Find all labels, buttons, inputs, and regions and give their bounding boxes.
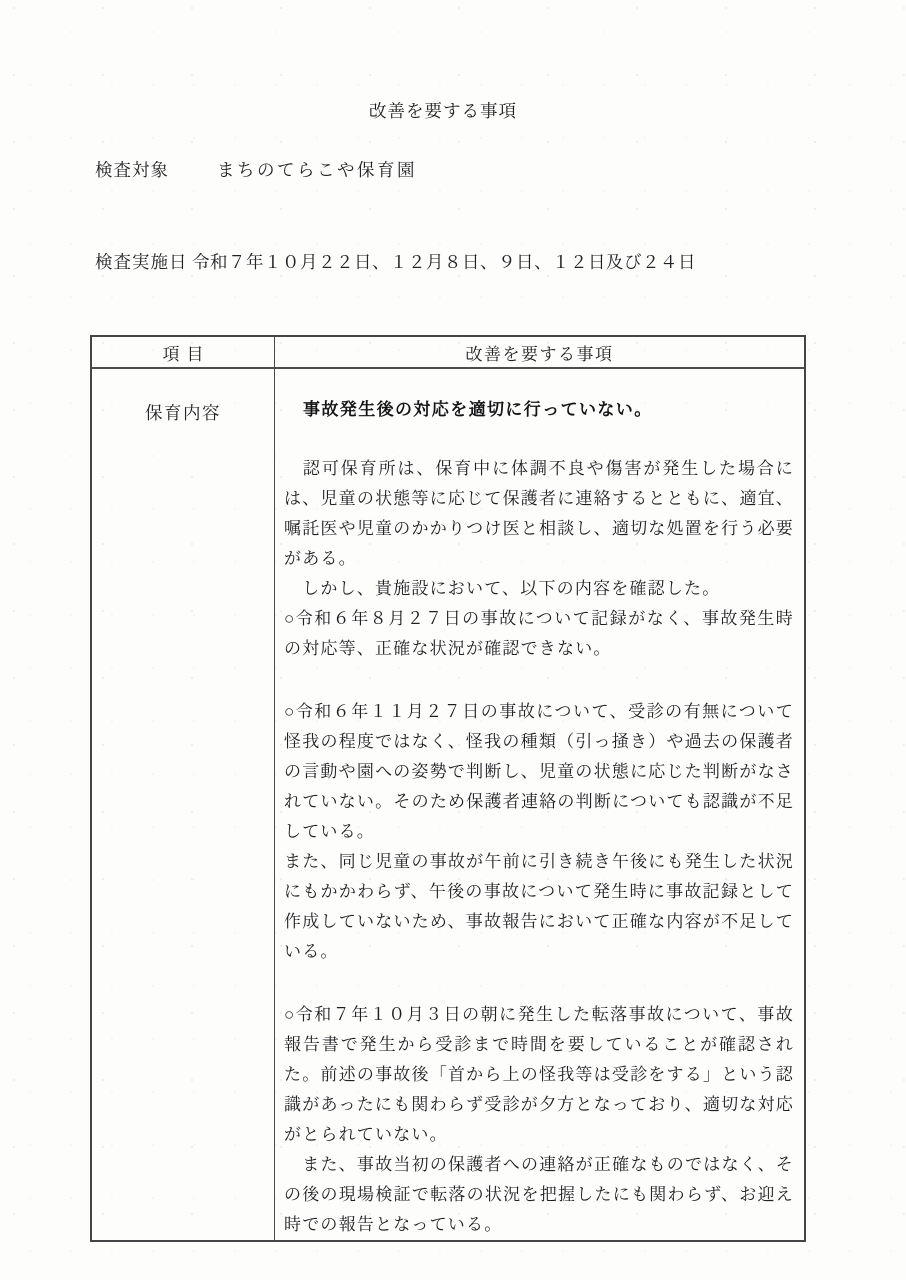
column-header-item: 項目 <box>91 336 275 368</box>
improvement-items-table: 項目 改善を要する事項 保育内容 事故発生後の対応を適切に行っていない。 認可保… <box>90 335 806 1242</box>
finding-bullet-1: ○令和６年８月２７日の事故について記録がなく、事故発生時の対応等、正確な状況が確… <box>284 604 794 664</box>
page-title: 改善を要する事項 <box>0 98 886 123</box>
finding-bullet-2: ○令和６年１１月２７日の事故について、受診の有無について怪我の程度ではなく、怪我… <box>284 697 794 847</box>
table-header: 項目 改善を要する事項 <box>91 336 805 368</box>
inspection-date-label: 検査実施日 <box>95 250 192 274</box>
finding-bullet-3-continued: また、事故当初の保護者への連絡が正確なものではなく、その後の現場検証で転落の状況… <box>284 1150 794 1240</box>
table-header-row: 項目 改善を要する事項 <box>91 336 805 368</box>
inspection-date-row: 検査実施日令和７年１０月２２日、１２月８日、９日、１２日及び２４日 <box>95 250 696 274</box>
finding-heading: 事故発生後の対応を適切に行っていない。 <box>284 395 794 425</box>
scanned-document-page: 改善を要する事項 検査対象まちのてらこや保育園 検査実施日令和７年１０月２２日、… <box>0 0 906 1280</box>
inspection-target-label: 検査対象 <box>95 158 217 182</box>
inspection-date-value: 令和７年１０月２２日、１２月８日、９日、１２日及び２４日 <box>192 252 696 272</box>
column-header-improvement: 改善を要する事項 <box>275 336 806 368</box>
finding-bullet-3: ○令和７年１０月３日の朝に発生した転落事故について、事故報告書で発生から受診まで… <box>284 1000 794 1150</box>
finding-paragraph-however: しかし、貴施設において、以下の内容を確認した。 <box>284 574 794 604</box>
inspection-target-row: 検査対象まちのてらこや保育園 <box>95 158 417 182</box>
category-cell: 保育内容 <box>91 368 275 1241</box>
table-body: 保育内容 事故発生後の対応を適切に行っていない。 認可保育所は、保育中に体調不良… <box>91 368 805 1241</box>
table-row: 保育内容 事故発生後の対応を適切に行っていない。 認可保育所は、保育中に体調不良… <box>91 368 805 1241</box>
finding-bullet-2-continued: また、同じ児童の事故が午前に引き続き午後にも発生した状況にもかかわらず、午後の事… <box>284 847 794 967</box>
finding-paragraph-intro: 認可保育所は、保育中に体調不良や傷害が発生した場合には、児童の状態等に応じて保護… <box>284 454 794 574</box>
inspection-target-value: まちのてらこや保育園 <box>217 160 417 180</box>
category-label: 保育内容 <box>145 403 221 423</box>
findings-cell: 事故発生後の対応を適切に行っていない。 認可保育所は、保育中に体調不良や傷害が発… <box>275 368 806 1241</box>
